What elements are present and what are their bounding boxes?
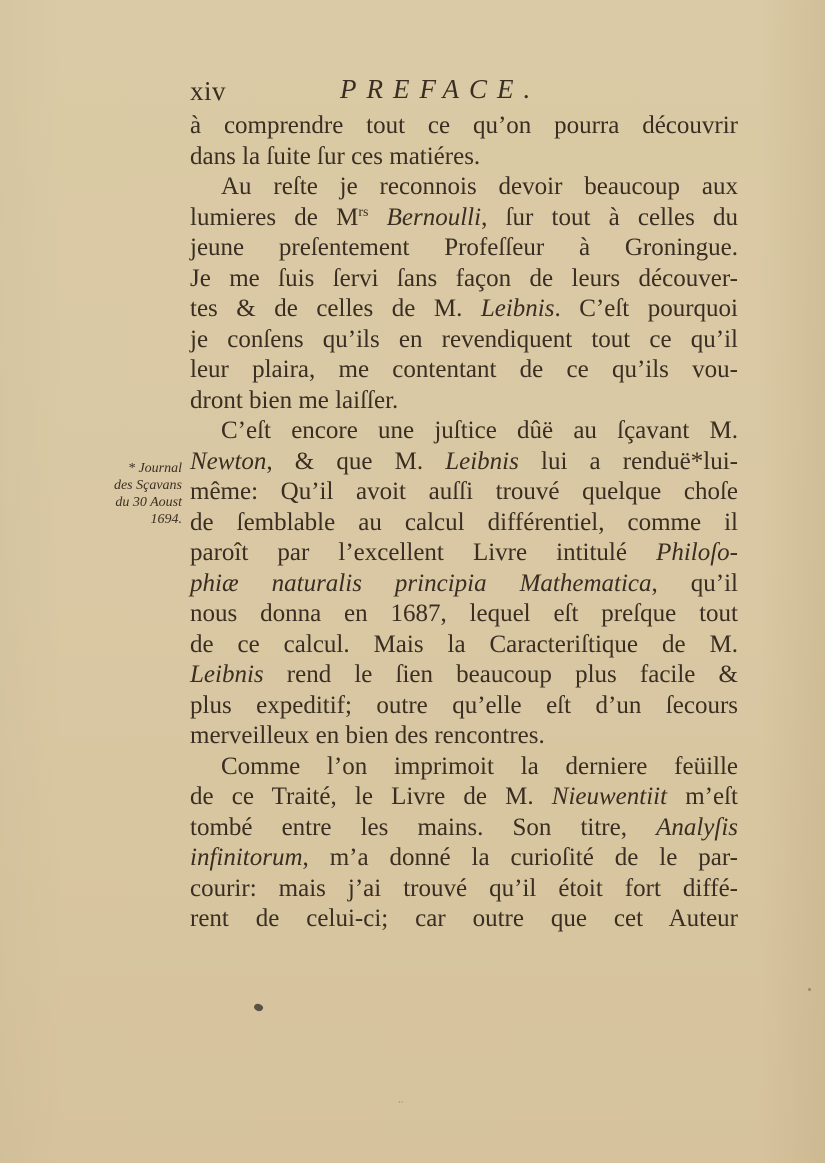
page-number: xiv: [190, 76, 226, 107]
text-segment: paroît par l’excellent Livre intitulé: [190, 539, 656, 566]
text-segment: de ſemblable au calcul différentiel, com…: [190, 509, 738, 536]
margin-note-line: du 30 Aoust: [86, 494, 182, 511]
page-title: PREFACE.: [340, 74, 540, 105]
text-line: dront bien me laiſſer.: [190, 386, 738, 417]
text-segment: , & que M.: [266, 448, 445, 475]
text-segment: plus expeditif; outre qu’elle eſt d’un ſ…: [190, 692, 738, 719]
text-segment: [368, 204, 386, 231]
text-line: tombé entre les mains. Son titre, Analyſ…: [190, 813, 738, 844]
margin-note: * Journal des Sçavans du 30 Aoust 1694.: [86, 460, 182, 528]
text-segment: lumieres de M: [190, 204, 358, 231]
text-line: même: Qu’il avoit auſſi trouvé quelque c…: [190, 477, 738, 508]
text-line: tes & de celles de M. Leibnis. C’eſt pou…: [190, 294, 738, 325]
italic-text: Nieuwentiit: [552, 783, 667, 810]
running-head: xiv PREFACE.: [190, 74, 740, 108]
margin-note-line: des Sçavans: [86, 477, 182, 494]
text-line: courir: mais j’ai trouvé qu’il étoit for…: [190, 874, 738, 905]
margin-note-line: * Journal: [86, 460, 182, 477]
text-segment: Je me ſuis ſervi ſans façon de leurs déc…: [190, 265, 738, 292]
text-segment: , m’a donné la curioſité de le par-: [303, 844, 738, 871]
italic-text: Leibnis: [445, 448, 519, 475]
text-segment: de ce Traité, le Livre de M.: [190, 783, 552, 810]
edge-mark: [808, 988, 811, 991]
text-segment: . C’eſt pourquoi: [554, 295, 738, 322]
text-line: nous donna en 1687, lequel eſt preſque t…: [190, 599, 738, 630]
text-segment: Au reſte je reconnois devoir beaucoup au…: [221, 173, 738, 200]
italic-text: Analyſis: [656, 814, 738, 841]
text-line: C’eſt encore une juſtice dûë au ſçavant …: [190, 416, 738, 447]
text-line: de ce calcul. Mais la Caracteriſtique de…: [190, 630, 738, 661]
text-line: Je me ſuis ſervi ſans façon de leurs déc…: [190, 264, 738, 295]
text-line: rent de celui-ci; car outre que cet Aute…: [190, 904, 738, 935]
text-line: Newton, & que M. Leibnis lui a renduë*lu…: [190, 447, 738, 478]
text-segment: dront bien me laiſſer.: [190, 387, 398, 414]
text-segment: C’eſt encore une juſtice dûë au ſçavant …: [221, 417, 738, 444]
text-segment: lui a renduë*lui-: [519, 448, 738, 475]
text-segment: m’eſt: [667, 783, 738, 810]
text-line: de ſemblable au calcul différentiel, com…: [190, 508, 738, 539]
text-line: lumieres de Mrs Bernoulli, ſur tout à ce…: [190, 203, 738, 234]
text-line: Au reſte je reconnois devoir beaucoup au…: [190, 172, 738, 203]
text-line: plus expeditif; outre qu’elle eſt d’un ſ…: [190, 691, 738, 722]
text-line: phiæ naturalis principia Mathematica, qu…: [190, 569, 738, 600]
margin-note-line: 1694.: [86, 511, 182, 528]
italic-text: infinitorum: [190, 844, 303, 871]
italic-text: Philoſo-: [656, 539, 738, 566]
text-segment: leur plaira, me contentant de ce qu’ils …: [190, 356, 738, 383]
book-page: xiv PREFACE. * Journal des Sçavans du 30…: [0, 0, 825, 1163]
italic-text: Leibnis: [190, 661, 264, 688]
italic-text: Newton: [190, 448, 266, 475]
text-segment: Comme l’on imprimoit la derniere feüille: [221, 753, 738, 780]
text-segment: rend le ſien beaucoup plus facile &: [264, 661, 738, 688]
text-segment: courir: mais j’ai trouvé qu’il étoit for…: [190, 875, 738, 902]
text-segment: tes & de celles de M.: [190, 295, 481, 322]
text-segment: à comprendre tout ce qu’on pourra découv…: [190, 112, 738, 139]
text-segment: de ce calcul. Mais la Caracteriſtique de…: [190, 631, 738, 658]
text-segment: merveilleux en bien des rencontres.: [190, 722, 545, 749]
footer-dots: ··: [398, 1098, 403, 1107]
text-line: je conſens qu’ils en revendiquent tout c…: [190, 325, 738, 356]
text-segment: , qu’il: [652, 570, 738, 597]
text-line: à comprendre tout ce qu’on pourra découv…: [190, 111, 738, 142]
body-text: à comprendre tout ce qu’on pourra découv…: [190, 111, 738, 935]
italic-text: Bernoulli: [387, 204, 481, 231]
text-segment: tombé entre les mains. Son titre,: [190, 814, 656, 841]
italic-text: Leibnis: [481, 295, 555, 322]
italic-text: phiæ naturalis principia Mathematica: [190, 570, 652, 597]
text-segment: jeune preſentement Profeſſeur à Groningu…: [190, 234, 738, 261]
text-segment: je conſens qu’ils en revendiquent tout c…: [190, 326, 738, 353]
text-line: infinitorum, m’a donné la curioſité de l…: [190, 843, 738, 874]
text-line: Comme l’on imprimoit la derniere feüille: [190, 752, 738, 783]
text-segment: dans la ſuite ſur ces matiéres.: [190, 143, 480, 170]
text-line: dans la ſuite ſur ces matiéres.: [190, 142, 738, 173]
text-segment: nous donna en 1687, lequel eſt preſque t…: [190, 600, 738, 627]
text-segment: rent de celui-ci; car outre que cet Aute…: [190, 905, 738, 932]
text-line: leur plaira, me contentant de ce qu’ils …: [190, 355, 738, 386]
text-line: de ce Traité, le Livre de M. Nieuwentiit…: [190, 782, 738, 813]
text-segment: , ſur tout à celles du: [481, 204, 738, 231]
text-line: paroît par l’excellent Livre intitulé Ph…: [190, 538, 738, 569]
text-segment: même: Qu’il avoit auſſi trouvé quelque c…: [190, 478, 738, 505]
superscript-text: rs: [358, 205, 368, 220]
text-line: jeune preſentement Profeſſeur à Groningu…: [190, 233, 738, 264]
ink-spot: [253, 1002, 264, 1012]
text-line: merveilleux en bien des rencontres.: [190, 721, 738, 752]
text-line: Leibnis rend le ſien beaucoup plus facil…: [190, 660, 738, 691]
